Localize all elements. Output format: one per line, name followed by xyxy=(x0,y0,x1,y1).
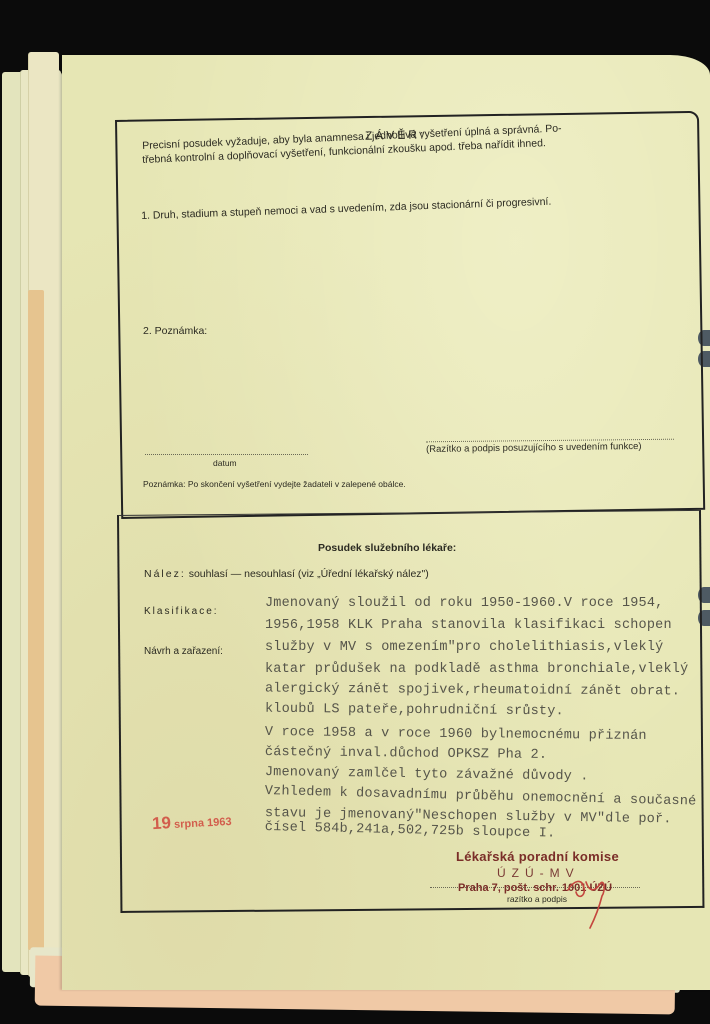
handwritten-signature xyxy=(560,860,630,930)
typed-line: 1956,1958 KLK Praha stanovila klasifikac… xyxy=(265,618,672,633)
nalez-label: Nález: xyxy=(144,568,186,580)
typed-line: kloubů LS pateře,pohrudniční srůsty. xyxy=(265,702,564,720)
podpis-label: razítko a podpis xyxy=(507,894,567,904)
date-stamp-day: 19 xyxy=(152,813,172,833)
poznamka-note: Poznámka: Po skončení vyšetření vydejte … xyxy=(143,479,406,489)
typed-line: Jmenovaný sloužil od roku 1950-1960.V ro… xyxy=(265,596,663,611)
typed-line: katar průdušek na podkladě asthma bronch… xyxy=(265,662,688,677)
paper-strip xyxy=(28,290,44,950)
datum-label: datum xyxy=(213,458,237,468)
zaver-section-frame xyxy=(115,111,705,519)
navrh-label: Návrh a zařazení: xyxy=(144,646,223,657)
date-stamp: 19 srpna 1963 xyxy=(152,810,232,834)
klasifikace-label: Klasifikace: xyxy=(144,606,219,617)
typed-line: alergický zánět spojivek,rheumatoidní zá… xyxy=(265,682,680,700)
date-stamp-month-year: srpna 1963 xyxy=(174,816,232,831)
typed-line: částečný inval.důchod OPKSZ Pha 2. xyxy=(265,745,547,763)
posudek-title: Posudek služebního lékaře: xyxy=(318,542,456,554)
typed-line: služby v MV s omezením"pro cholelithiasi… xyxy=(265,640,663,655)
nalez-text: souhlasí — nesouhlasí (viz „Úřední lékař… xyxy=(189,568,429,580)
zaver-item-2: 2. Poznámka: xyxy=(143,325,207,337)
datum-dotted-line xyxy=(145,454,308,455)
nalez-row: Nález: souhlasí — nesouhlasí (viz „Úředn… xyxy=(144,568,429,580)
